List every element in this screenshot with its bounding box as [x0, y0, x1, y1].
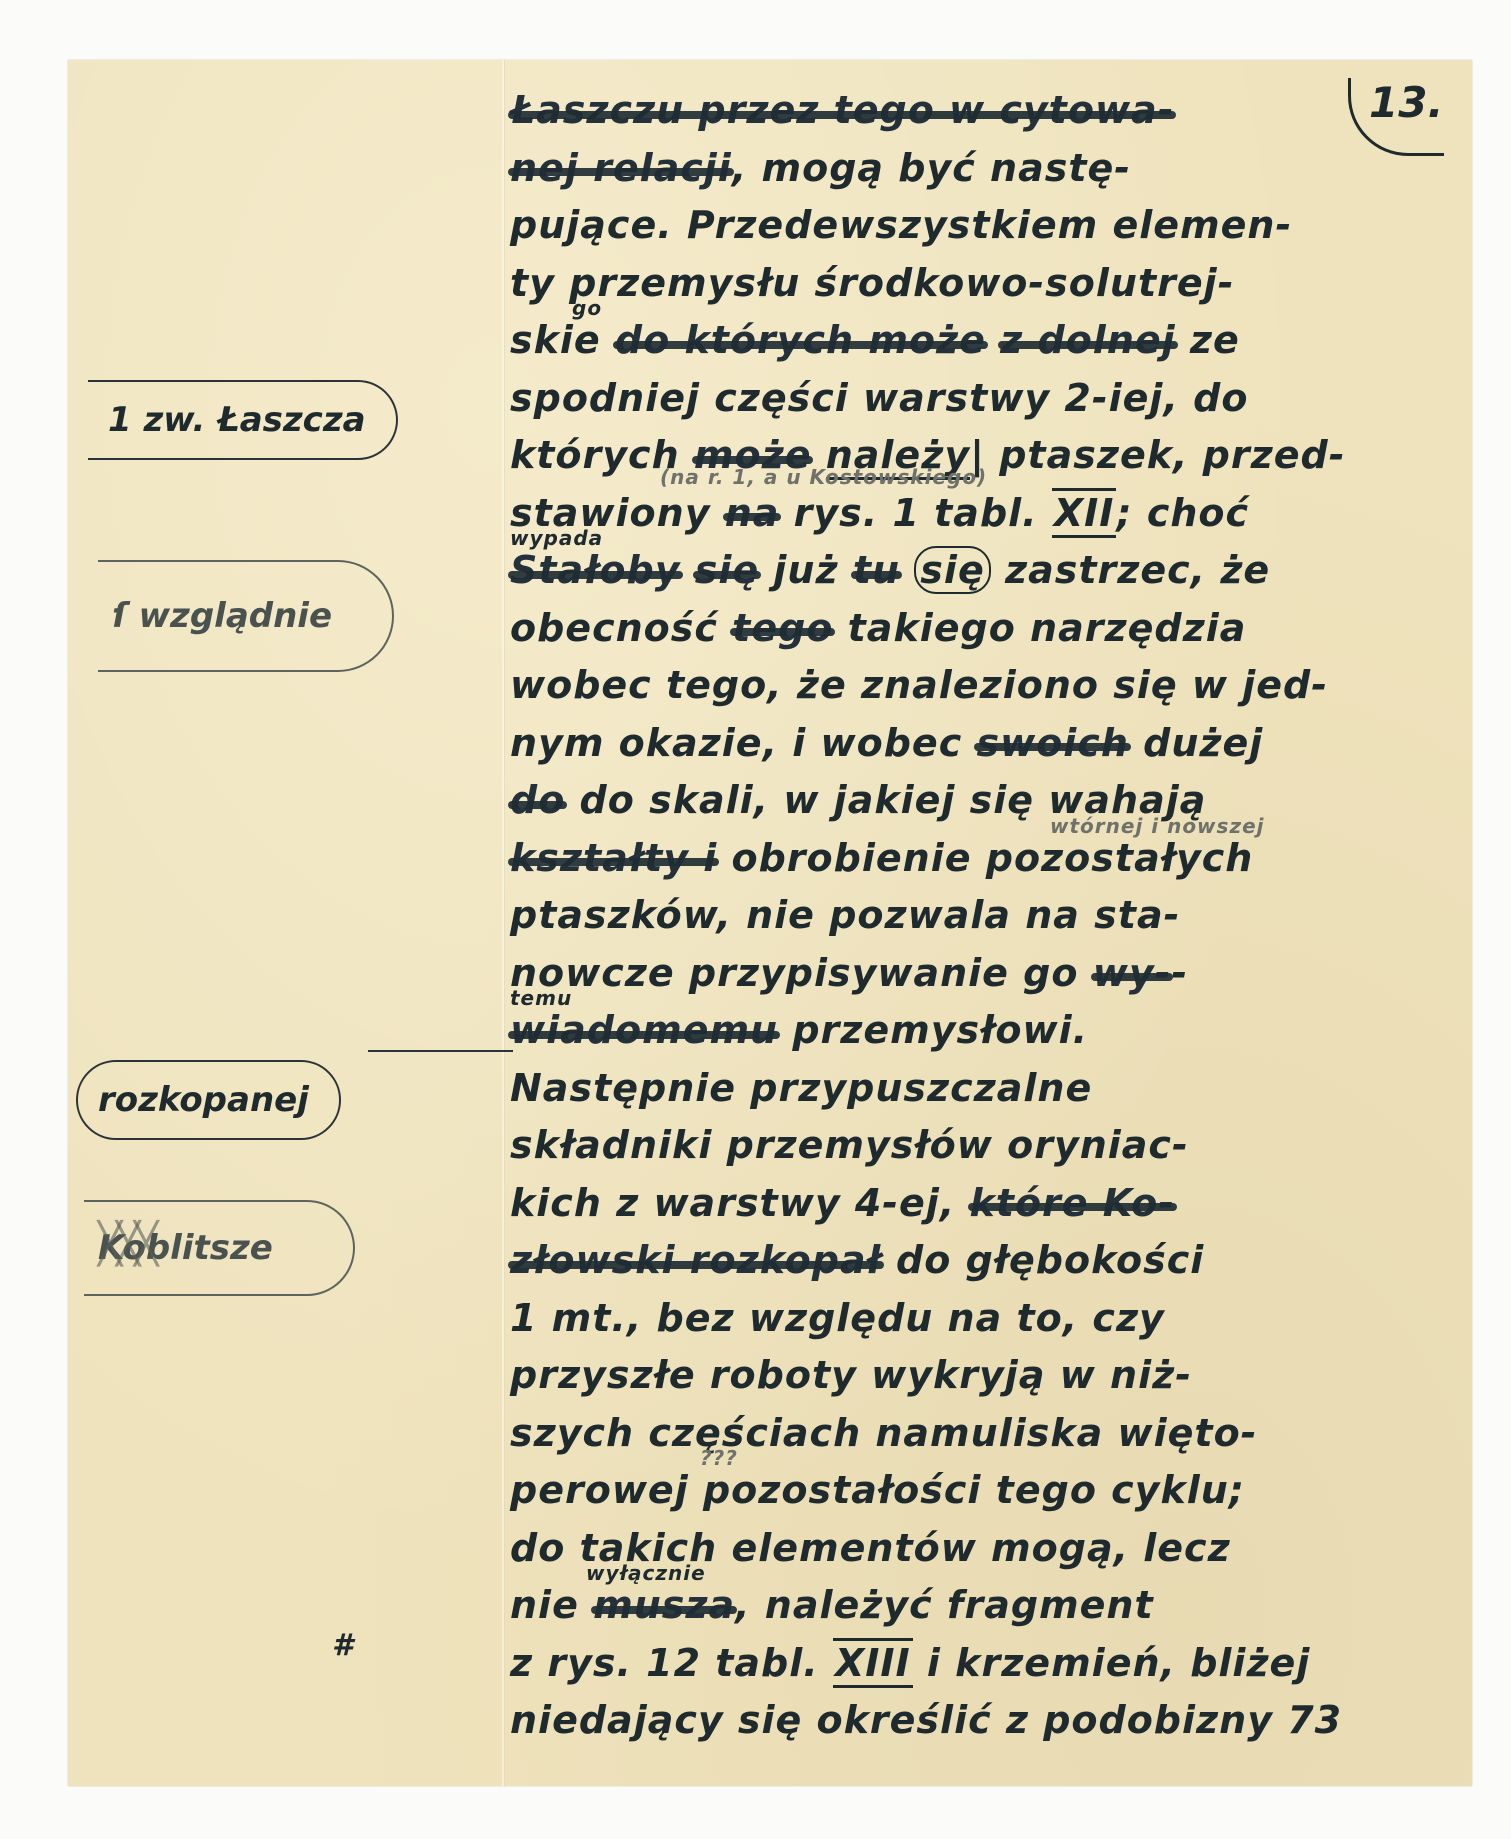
inserted-text: wyłącznie — [586, 1563, 706, 1583]
deleted-text: tego — [732, 606, 833, 650]
line-text: obecność — [510, 606, 718, 650]
text-line-11: wobec tego, że znaleziono się w jed- — [510, 657, 1440, 715]
text-line-24: szych częściach namuliska więto- — [510, 1405, 1440, 1463]
line-text: przyszłe roboty wykryją w niż- — [510, 1353, 1192, 1397]
margin-note-text: rozkopanej — [98, 1080, 309, 1120]
line-text: pozostałych — [986, 836, 1254, 880]
line-text: składniki przemysłów oryniac- — [510, 1123, 1189, 1167]
inserted-text: wypada — [510, 528, 603, 548]
line-text: rys. 1 tabl. — [794, 491, 1038, 535]
deleted-text: z dolnej — [1000, 318, 1176, 362]
line-text: nie — [510, 1583, 579, 1627]
deleted-text: tu — [853, 548, 900, 592]
deleted-text: do których może — [615, 318, 986, 362]
margin-note-text: 1 zw. Łaszcza — [108, 400, 366, 440]
line-text: już — [773, 548, 838, 592]
line-text: kich z warstwy 4-ej, — [510, 1181, 955, 1225]
line-text: ; choć — [1116, 491, 1249, 535]
line-text: nowcze przypisywanie go — [510, 951, 1079, 995]
margin-note-text: Koblitsze — [98, 1228, 273, 1268]
paper-fold-line — [502, 60, 505, 1786]
text-line-20: kich z warstwy 4-ej, które Ko- — [510, 1175, 1440, 1233]
deleted-text: wy- — [1093, 951, 1172, 995]
line-text: niedający się określić z podobizny 73 — [510, 1698, 1342, 1742]
text-line-16: nowcze przypisywanie go wy-- — [510, 945, 1440, 1003]
text-line-9: wypada Stałoby się już tu się zastrzec, … — [510, 542, 1440, 600]
text-line-3: pujące. Przedewszystkiem elemen- — [510, 197, 1440, 255]
text-line-17: temu wiadomemu przemysłowi. — [510, 1002, 1440, 1060]
text-line-25: perowej ??? pozostałości tego cyklu; — [510, 1462, 1440, 1520]
line-text: | ptaszek, przed- — [970, 433, 1345, 477]
line-text: ptaszków, nie pozwala na sta- — [510, 893, 1180, 937]
text-line-27: nie wyłącznie musza, należyć fragment — [510, 1577, 1440, 1635]
deleted-text: które Ko- — [970, 1181, 1176, 1225]
line-text: spodniej części warstwy 2-iej, do — [510, 376, 1248, 420]
line-text: zastrzec, że — [1005, 548, 1270, 592]
line-text: 1 mt., bez względu na to, czy — [510, 1296, 1165, 1340]
text-line-10: obecność tego takiego narzędzia — [510, 600, 1440, 658]
manuscript-body: Łaszczu przez tego w cytowa- nej relacji… — [510, 82, 1440, 1750]
table-reference: XIII — [833, 1638, 913, 1688]
text-line-6: spodniej części warstwy 2-iej, do — [510, 370, 1440, 428]
text-line-19: składniki przemysłów oryniac- — [510, 1117, 1440, 1175]
line-text: wobec tego, że znaleziono się w jed- — [510, 663, 1328, 707]
text-line-29: niedający się określić z podobizny 73 — [510, 1692, 1440, 1750]
bottom-mark: # — [332, 1628, 353, 1663]
text-line-12: nym okazie, i wobec swoich dużej — [510, 715, 1440, 773]
line-text: ze — [1190, 318, 1240, 362]
text-line-28: z rys. 12 tabl. XIII i krzemień, bliżej — [510, 1635, 1440, 1693]
margin-note-1: 1 zw. Łaszcza — [88, 380, 398, 460]
margin-note-2: ſ wzglądnie — [98, 560, 394, 672]
deleted-text: kształty i — [510, 836, 717, 880]
inserted-text: go — [572, 298, 602, 318]
line-text: Następnie przypuszczalne — [510, 1066, 1092, 1110]
inserted-text: ??? — [700, 1448, 738, 1468]
inserted-text: temu — [510, 988, 572, 1008]
line-text: - — [1171, 951, 1188, 995]
text-line-5: skie go do których może z dolnej ze — [510, 312, 1440, 370]
line-text: nym okazie, i wobec — [510, 721, 962, 765]
margin-note-text: ſ wzglądnie — [112, 596, 332, 636]
deleted-text: na — [725, 491, 780, 535]
text-line-7: których może należy| ptaszek, przed- (na… — [510, 427, 1440, 485]
line-text: skie — [510, 318, 601, 362]
deleted-text: wiadomemu — [510, 1008, 778, 1052]
margin-note-3: rozkopanej — [76, 1060, 341, 1140]
text-line-4: ty przemysłu środkowo-solutrej- — [510, 255, 1440, 313]
deleted-text: nej relacji — [510, 146, 732, 190]
line-text: do głębokości — [896, 1238, 1204, 1282]
line-text: dużej — [1143, 721, 1263, 765]
text-line-23: przyszłe roboty wykryją w niż- — [510, 1347, 1440, 1405]
deleted-text: do — [510, 778, 565, 822]
margin-connector-line — [368, 1050, 513, 1052]
deleted-text: musza — [593, 1583, 735, 1627]
deleted-text: się — [695, 548, 759, 592]
text-line-21: złowski rozkopał do głębokości — [510, 1232, 1440, 1290]
line-text: których — [510, 433, 680, 477]
table-reference: XII — [1052, 488, 1117, 538]
deleted-text: swoich — [976, 721, 1128, 765]
deleted-text: Łaszczu przez tego w cytowa- — [510, 88, 1174, 132]
text-line-14: kształty i obrobienie wtórnej i nowszej … — [510, 830, 1440, 888]
text-line-2: nej relacji, mogą być nastę- — [510, 140, 1440, 198]
deleted-text: złowski rozkopał — [510, 1238, 882, 1282]
text-line-8: stawiony na rys. 1 tabl. XII; choć — [510, 485, 1440, 543]
line-text: takiego narzędzia — [848, 606, 1247, 650]
line-text: szych częściach namuliska więto- — [510, 1411, 1257, 1455]
circled-word: się — [914, 546, 990, 594]
deleted-text: Stałoby — [510, 548, 681, 592]
line-text: przemysłowi. — [792, 1008, 1088, 1052]
line-text: ty przemysłu środkowo-solutrej- — [510, 261, 1234, 305]
text-line-15: ptaszków, nie pozwala na sta- — [510, 887, 1440, 945]
line-text: z rys. 12 tabl. — [510, 1641, 819, 1685]
margin-note-4: Koblitsze — [84, 1200, 355, 1296]
line-text: pozostałości tego cyklu; — [703, 1468, 1245, 1512]
line-text: , należyć fragment — [735, 1583, 1154, 1627]
line-text: , mogą być nastę- — [732, 146, 1131, 190]
line-text: pujące. Przedewszystkiem elemen- — [510, 203, 1292, 247]
manuscript-page: 13. 1 zw. Łaszcza ſ wzglądnie rozkopanej… — [68, 60, 1472, 1786]
line-text: i krzemień, bliżej — [927, 1641, 1310, 1685]
text-line-22: 1 mt., bez względu na to, czy — [510, 1290, 1440, 1348]
text-line-18: Następnie przypuszczalne — [510, 1060, 1440, 1118]
line-text: perowej — [510, 1468, 689, 1512]
inserted-text: wtórnej i nowszej — [1050, 816, 1265, 836]
text-line-13: do do skali, w jakiej się wahają — [510, 772, 1440, 830]
line-text: obrobienie — [732, 836, 972, 880]
text-line-1: Łaszczu przez tego w cytowa- — [510, 82, 1440, 140]
